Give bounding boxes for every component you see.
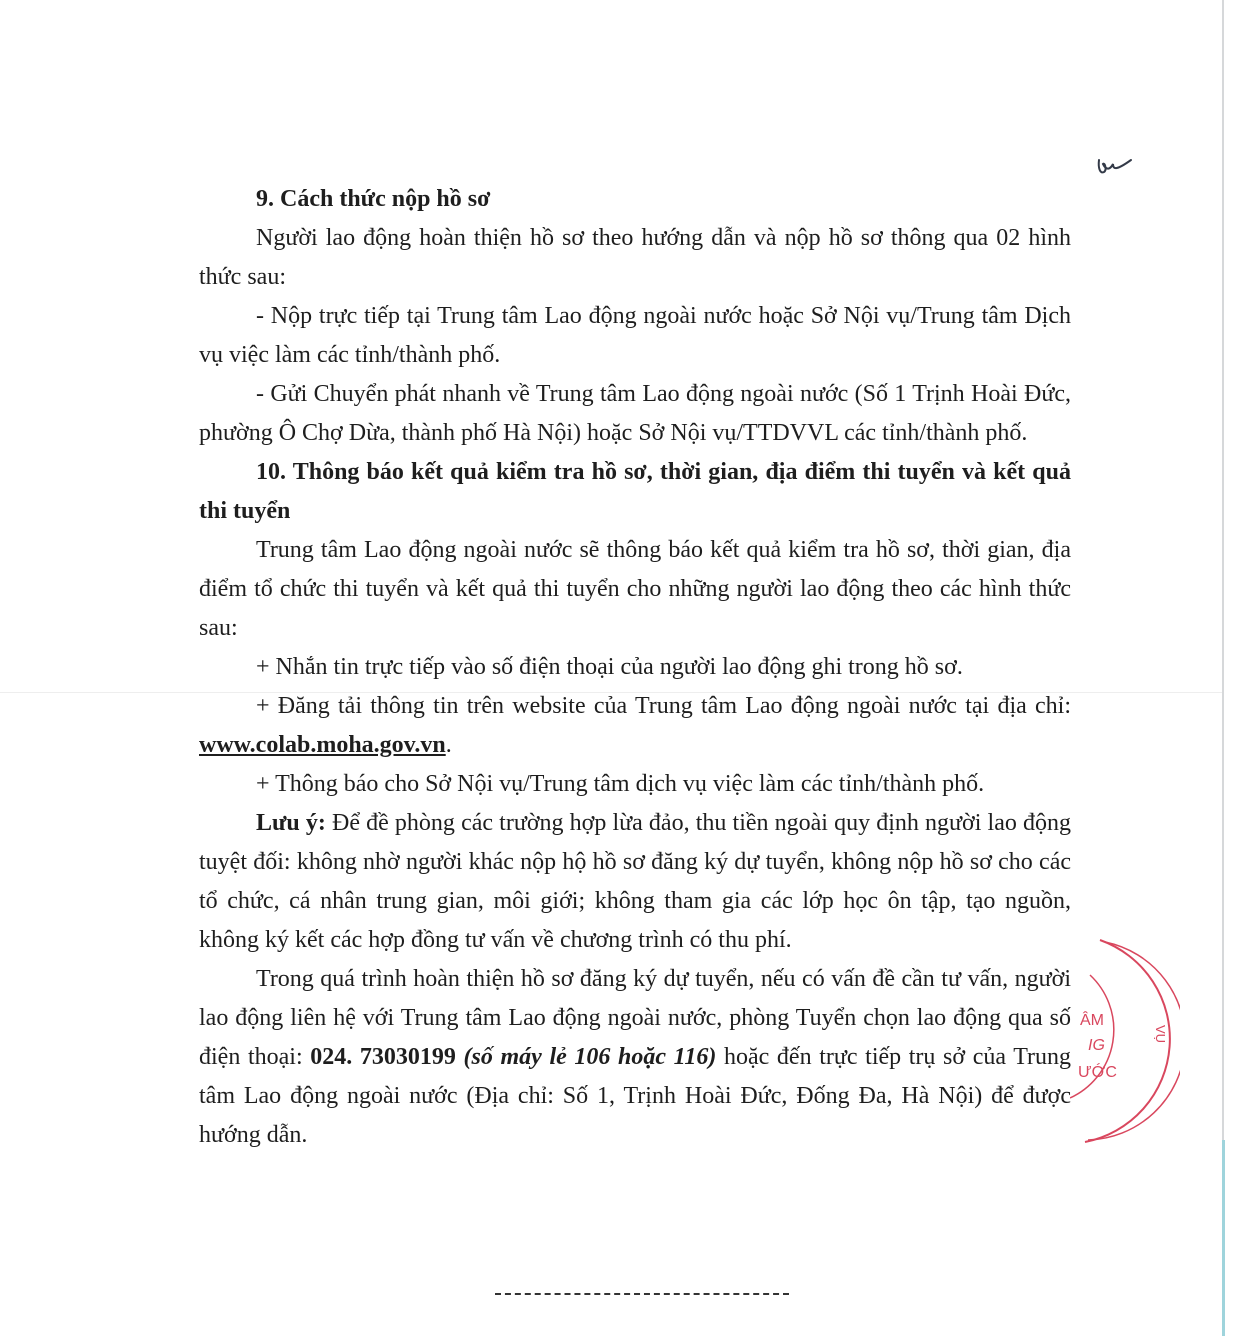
contact-extension: (số máy lẻ 106 hoặc 116): [464, 1044, 717, 1070]
section-9-intro: Người lao động hoàn thiện hồ sơ theo hướ…: [199, 219, 1071, 297]
section-9-item: - Gửi Chuyển phát nhanh về Trung tâm Lao…: [199, 375, 1071, 453]
note-text: Để đề phòng các trường hợp lừa đảo, thu …: [199, 810, 1071, 953]
document-body: 9. Cách thức nộp hồ sơ Người lao động ho…: [199, 180, 1071, 1155]
page-edge-highlight: [1222, 1140, 1225, 1336]
section-10-intro: Trung tâm Lao động ngoài nước sẽ thông b…: [199, 531, 1071, 648]
section-9-item: - Nộp trực tiếp tại Trung tâm Lao động n…: [199, 297, 1071, 375]
section-9-heading: 9. Cách thức nộp hồ sơ: [199, 180, 1071, 219]
contact-paragraph: Trong quá trình hoàn thiện hồ sơ đăng ký…: [199, 960, 1071, 1155]
end-divider: [495, 1293, 789, 1295]
website-suffix: .: [446, 732, 452, 758]
note-paragraph: Lưu ý: Để đề phòng các trường hợp lừa đả…: [199, 804, 1071, 960]
page-edge: [1222, 0, 1224, 1336]
section-10-item: + Thông báo cho Sở Nội vụ/Trung tâm dịch…: [199, 765, 1071, 804]
website-prefix: + Đăng tải thông tin trên website của Tr…: [256, 693, 1071, 719]
note-label: Lưu ý:: [256, 810, 326, 836]
svg-text:IG: IG: [1088, 1037, 1105, 1054]
official-stamp-icon: ÂM IG ƯỚC VỤ: [1070, 930, 1180, 1150]
signature-initial-icon: [1095, 150, 1135, 180]
section-10-heading: 10. Thông báo kết quả kiểm tra hồ sơ, th…: [199, 453, 1071, 531]
svg-text:ƯỚC: ƯỚC: [1078, 1062, 1117, 1081]
section-10-item-website: + Đăng tải thông tin trên website của Tr…: [199, 687, 1071, 765]
contact-phone: 024. 73030199: [310, 1044, 456, 1070]
svg-text:VỤ: VỤ: [1153, 1025, 1168, 1043]
section-10-item: + Nhắn tin trực tiếp vào số điện thoại c…: [199, 648, 1071, 687]
website-link[interactable]: www.colab.moha.gov.vn: [199, 732, 446, 758]
svg-text:ÂM: ÂM: [1080, 1010, 1104, 1029]
